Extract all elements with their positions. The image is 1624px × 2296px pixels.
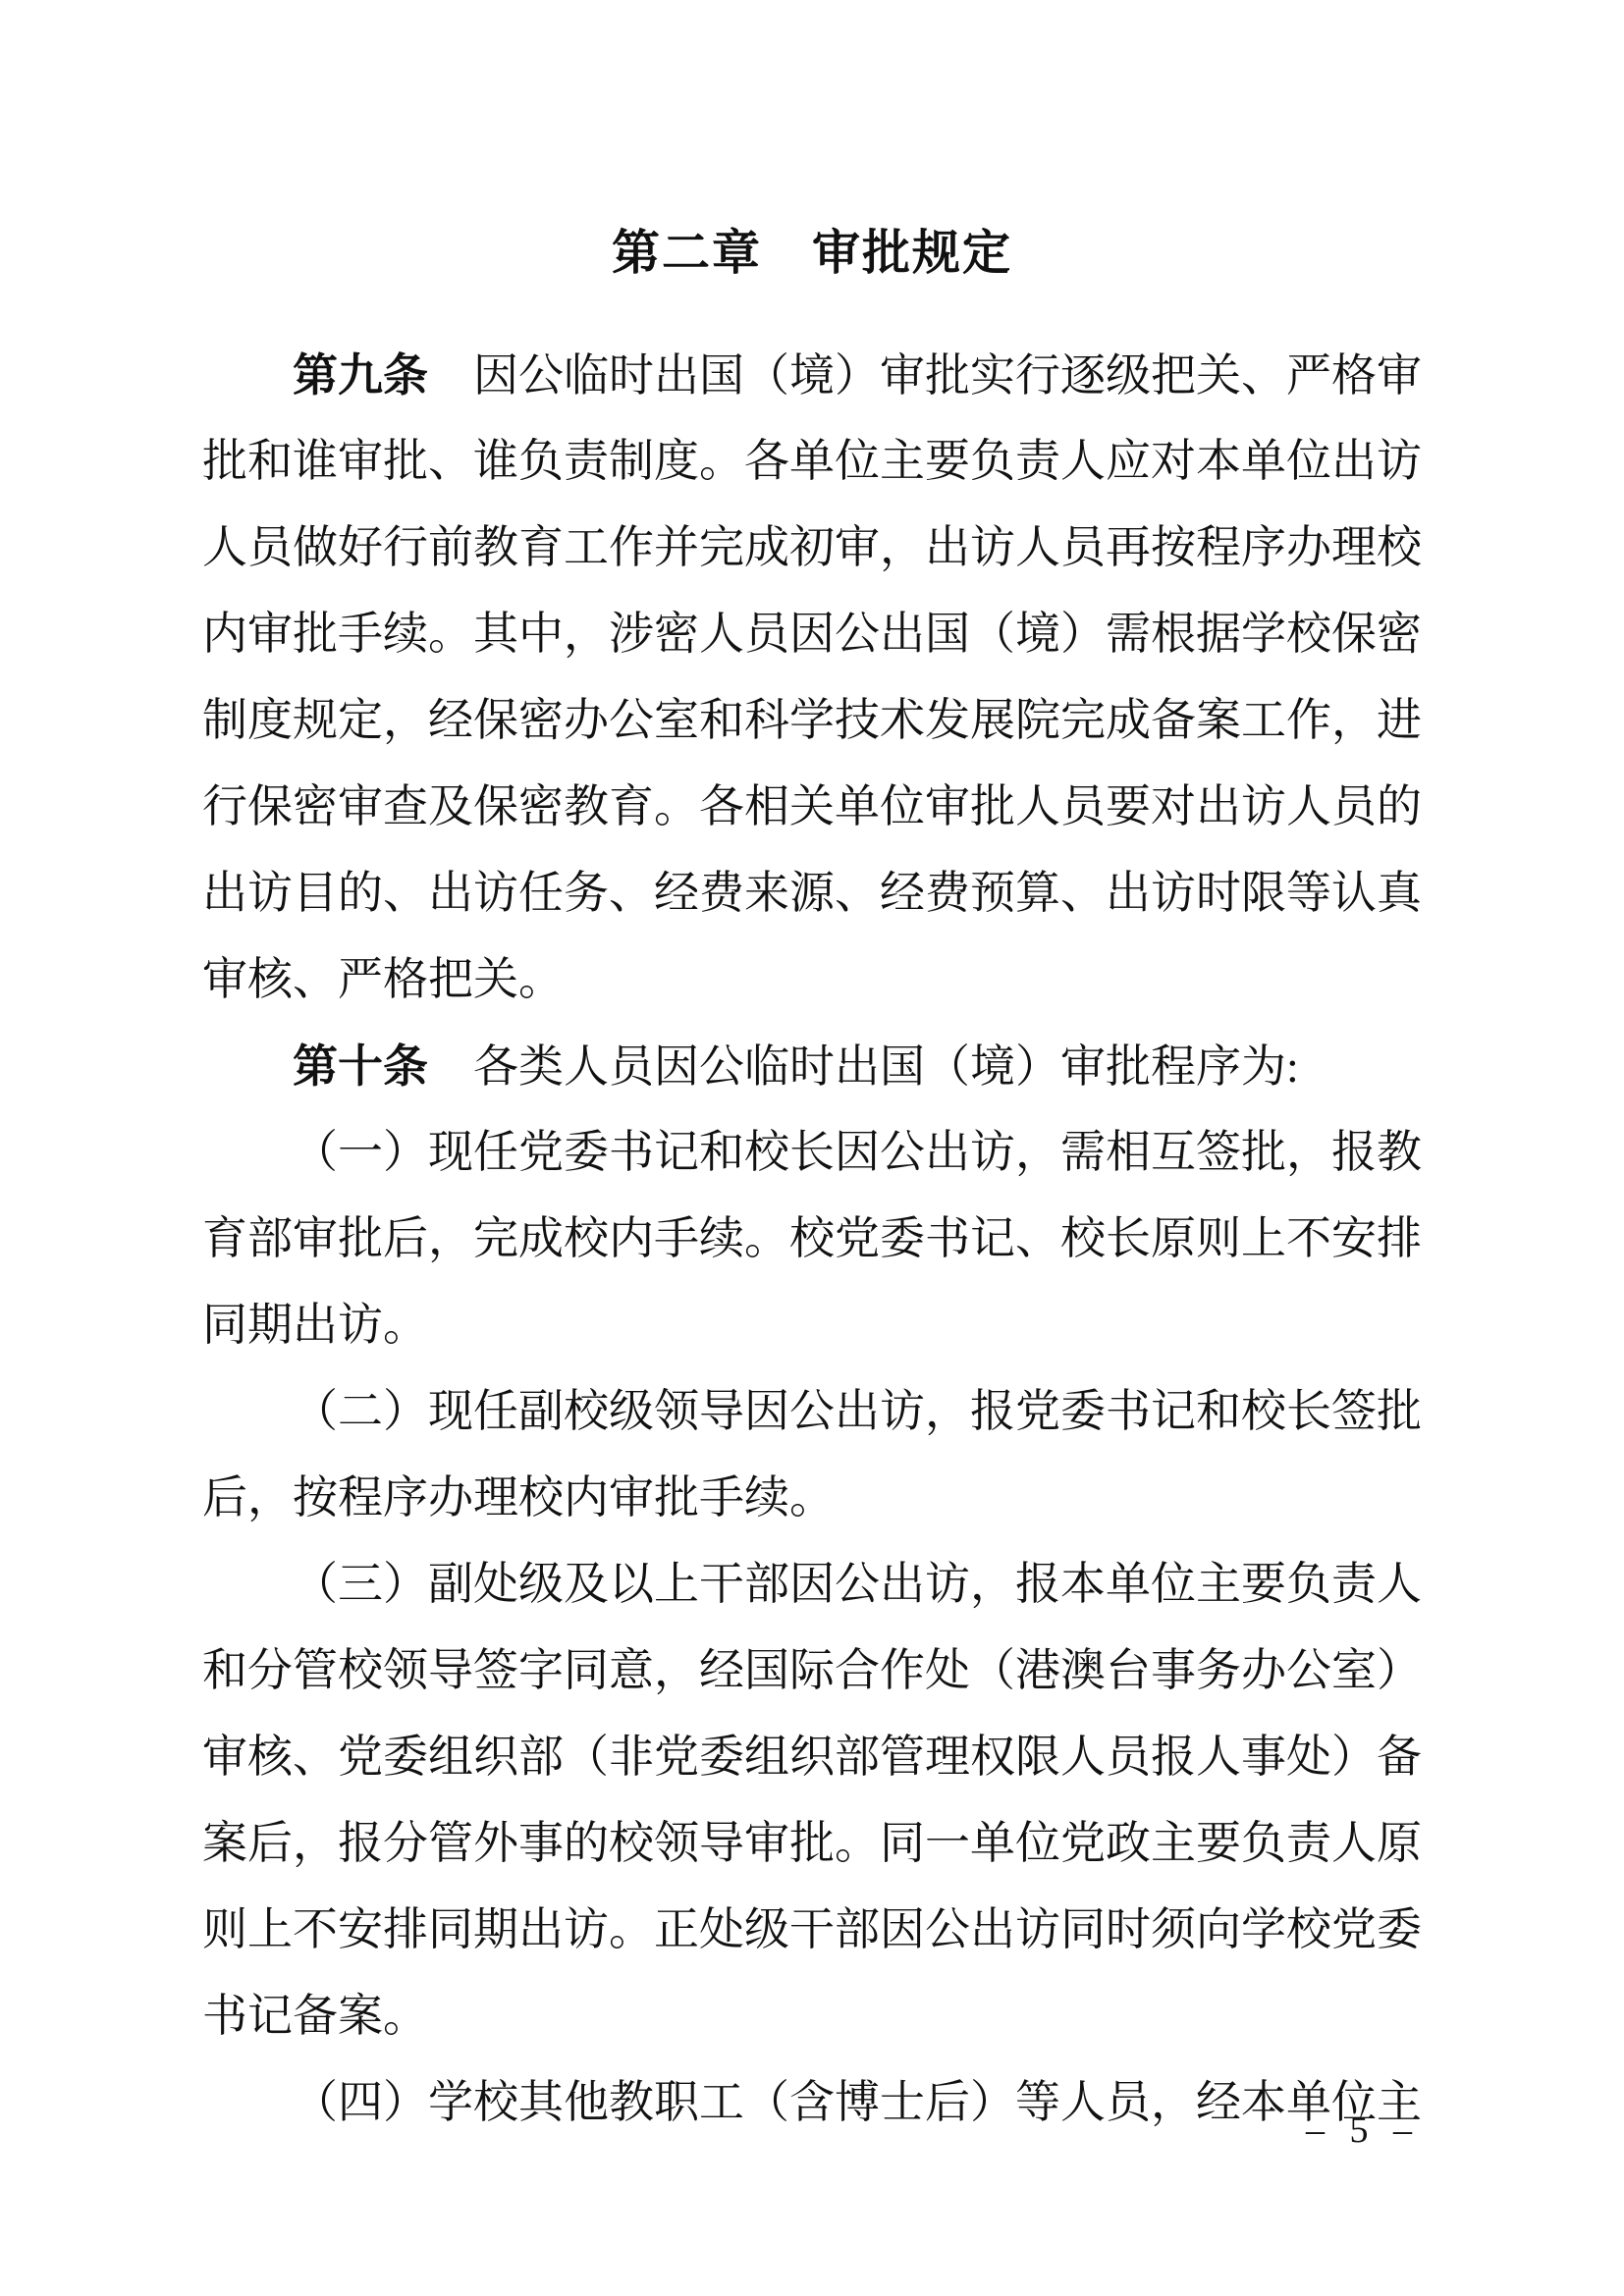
body-line: 制度规定，经保密办公室和科学技术发展院完成备案工作，进	[202, 677, 1422, 764]
line-text: 同期出访。	[202, 1300, 428, 1350]
line-text: 制度规定，经保密办公室和科学技术发展院完成备案工作，进	[202, 695, 1422, 745]
line-text: 行保密审查及保密教育。各相关单位审批人员要对出访人员的	[202, 781, 1422, 831]
line-text: 人员做好行前教育工作并完成初审，出访人员再按程序办理校	[202, 522, 1422, 572]
body-line: （三）副处级及以上干部因公出访，报本单位主要负责人	[202, 1541, 1422, 1628]
body-line: 后，按程序办理校内审批手续。	[202, 1455, 1422, 1541]
line-text: 审核、党委组织部（非党委组织部管理权限人员报人事处）备	[202, 1732, 1422, 1782]
body-line: 第十条 各类人员因公临时出国（境）审批程序为:	[202, 1023, 1422, 1109]
line-text: 后，按程序办理校内审批手续。	[202, 1472, 835, 1522]
article-number-label: 第十条	[293, 1041, 428, 1092]
line-text: （三）副处级及以上干部因公出访，报本单位主要负责人	[293, 1559, 1422, 1609]
body-line: 同期出访。	[202, 1282, 1422, 1368]
body-line: 人员做好行前教育工作并完成初审，出访人员再按程序办理校	[202, 505, 1422, 591]
line-text: 内审批手续。其中，涉密人员因公出国（境）需根据学校保密	[202, 609, 1422, 659]
body-line: （一）现任党委书记和校长因公出访，需相互签批，报教	[202, 1109, 1422, 1196]
line-text: （四）学校其他教职工（含博士后）等人员，经本单位主	[293, 2077, 1422, 2127]
line-text: 批和谁审批、谁负责制度。各单位主要负责人应对本单位出访	[202, 436, 1422, 486]
body-line: 第九条 因公临时出国（境）审批实行逐级把关、严格审	[202, 332, 1422, 418]
body-line: 育部审批后，完成校内手续。校党委书记、校长原则上不安排	[202, 1196, 1422, 1282]
line-text: 因公临时出国（境）审批实行逐级把关、严格审	[428, 350, 1422, 400]
body-line: 审核、党委组织部（非党委组织部管理权限人员报人事处）备	[202, 1714, 1422, 1800]
body-line: 书记备案。	[202, 1973, 1422, 2059]
line-text: 审核、严格把关。	[202, 954, 564, 1004]
body-line: 审核、严格把关。	[202, 936, 1422, 1023]
body-line: 内审批手续。其中，涉密人员因公出国（境）需根据学校保密	[202, 591, 1422, 677]
body-line: 行保密审查及保密教育。各相关单位审批人员要对出访人员的	[202, 764, 1422, 850]
document-content: 第二章 审批规定 第九条 因公临时出国（境）审批实行逐级把关、严格审 批和谁审批…	[202, 224, 1422, 2146]
body-line: 案后，报分管外事的校领导审批。同一单位党政主要负责人原	[202, 1800, 1422, 1887]
article-number-label: 第九条	[293, 349, 428, 400]
body-line: 和分管校领导签字同意，经国际合作处（港澳台事务办公室）	[202, 1628, 1422, 1714]
body-line: 批和谁审批、谁负责制度。各单位主要负责人应对本单位出访	[202, 418, 1422, 505]
line-text: （一）现任党委书记和校长因公出访，需相互签批，报教	[293, 1127, 1422, 1177]
body-line: （二）现任副校级领导因公出访，报党委书记和校长签批	[202, 1368, 1422, 1455]
page-number: – 5 –	[1306, 2109, 1420, 2152]
line-text: 案后，报分管外事的校领导审批。同一单位党政主要负责人原	[202, 1818, 1422, 1868]
line-text: （二）现任副校级领导因公出访，报党委书记和校长签批	[293, 1386, 1422, 1436]
line-text: 育部审批后，完成校内手续。校党委书记、校长原则上不安排	[202, 1213, 1422, 1263]
line-text: 和分管校领导签字同意，经国际合作处（港澳台事务办公室）	[202, 1645, 1422, 1695]
body-line: （四）学校其他教职工（含博士后）等人员，经本单位主	[202, 2059, 1422, 2146]
line-text: 书记备案。	[202, 1991, 428, 2041]
body-line: 出访目的、出访任务、经费来源、经费预算、出访时限等认真	[202, 850, 1422, 936]
document-page: 第二章 审批规定 第九条 因公临时出国（境）审批实行逐级把关、严格审 批和谁审批…	[0, 0, 1624, 2296]
line-text: 则上不安排同期出访。正处级干部因公出访同时须向学校党委	[202, 1904, 1422, 1954]
line-text: 出访目的、出访任务、经费来源、经费预算、出访时限等认真	[202, 868, 1422, 918]
body-line: 则上不安排同期出访。正处级干部因公出访同时须向学校党委	[202, 1887, 1422, 1973]
chapter-title: 第二章 审批规定	[202, 224, 1422, 283]
line-text: 各类人员因公临时出国（境）审批程序为:	[428, 1041, 1299, 1092]
